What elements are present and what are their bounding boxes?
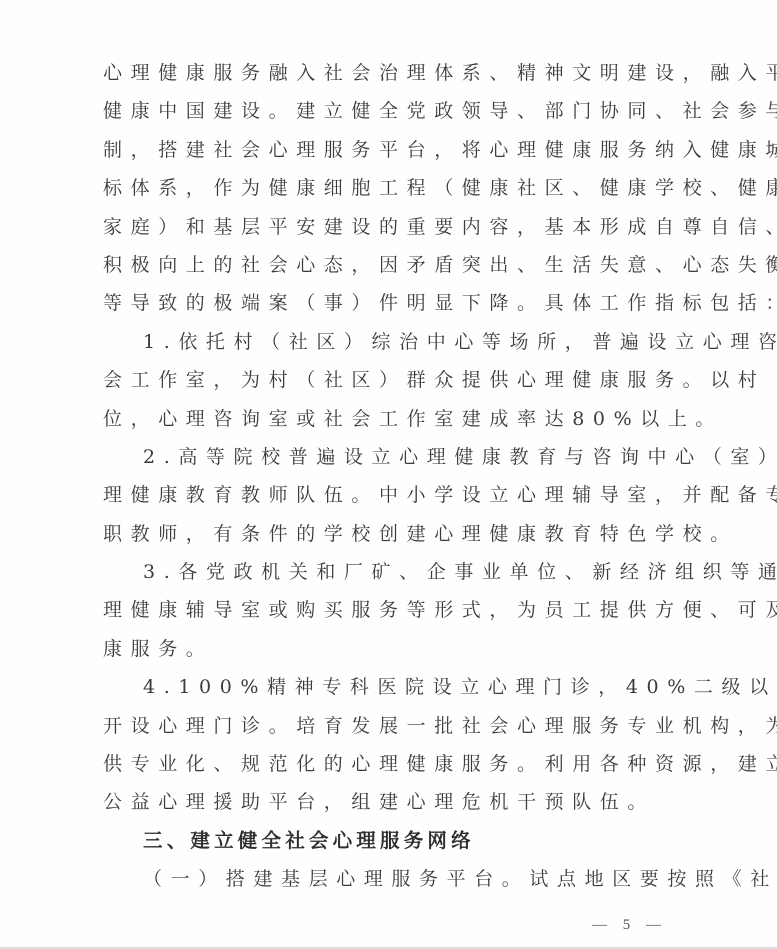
subsection-line: （一）搭建基层心理服务平台。试点地区要按照《社会治安综	[103, 860, 695, 898]
paragraph-line: 职教师，有条件的学校创建心理健康教育特色学校。	[103, 515, 695, 553]
paragraph-line: 理健康辅导室或购买服务等形式，为员工提供方便、可及的心理健	[103, 591, 695, 629]
paragraph-line: 开设心理门诊。培育发展一批社会心理服务专业机构，为大众提	[103, 707, 695, 745]
list-item-2-line: 2.高等院校普遍设立心理健康教育与咨询中心（室），健全心	[103, 438, 695, 476]
paragraph-line: 理健康教育教师队伍。中小学设立心理辅导室，并配备专职或兼	[103, 476, 695, 514]
paragraph-line: 家庭）和基层平安建设的重要内容，基本形成自尊自信、理性平和、	[103, 208, 695, 246]
list-item-4-line: 4.100%精神专科医院设立心理门诊，40%二级以上综合医院	[103, 668, 695, 706]
paragraph-line: 会工作室，为村（社区）群众提供心理健康服务。以村（社区）为单	[103, 361, 695, 399]
paragraph-line: 康服务。	[103, 630, 695, 668]
paragraph-line: 标体系，作为健康细胞工程（健康社区、健康学校、健康企业、健康	[103, 169, 695, 207]
paragraph-line: 心理健康服务融入社会治理体系、精神文明建设，融入平安中国、	[103, 54, 695, 92]
paragraph-line: 公益心理援助平台，组建心理危机干预队伍。	[103, 783, 695, 821]
page-number: — 5 —	[592, 917, 667, 934]
paragraph-line: 供专业化、规范化的心理健康服务。利用各种资源，建立24小时	[103, 745, 695, 783]
paragraph-line: 健康中国建设。建立健全党政领导、部门协同、社会参与的工作机	[103, 92, 695, 130]
paragraph-line: 等导致的极端案（事）件明显下降。具体工作指标包括：	[103, 284, 695, 322]
list-item-3-line: 3.各党政机关和厂矿、企事业单位、新经济组织等通过设立心	[103, 553, 695, 591]
paragraph-line: 制，搭建社会心理服务平台，将心理健康服务纳入健康城市评价指	[103, 131, 695, 169]
paragraph-line: 位，心理咨询室或社会工作室建成率达80%以上。	[103, 400, 695, 438]
section-heading: 三、建立健全社会心理服务网络	[103, 822, 695, 860]
document-body: 心理健康服务融入社会治理体系、精神文明建设，融入平安中国、 健康中国建设。建立健…	[103, 54, 695, 899]
paragraph-line: 积极向上的社会心态，因矛盾突出、生活失意、心态失衡、行为失常	[103, 246, 695, 284]
document-page: 心理健康服务融入社会治理体系、精神文明建设，融入平安中国、 健康中国建设。建立健…	[0, 0, 777, 949]
list-item-1-line: 1.依托村（社区）综治中心等场所，普遍设立心理咨询室或社	[103, 323, 695, 361]
